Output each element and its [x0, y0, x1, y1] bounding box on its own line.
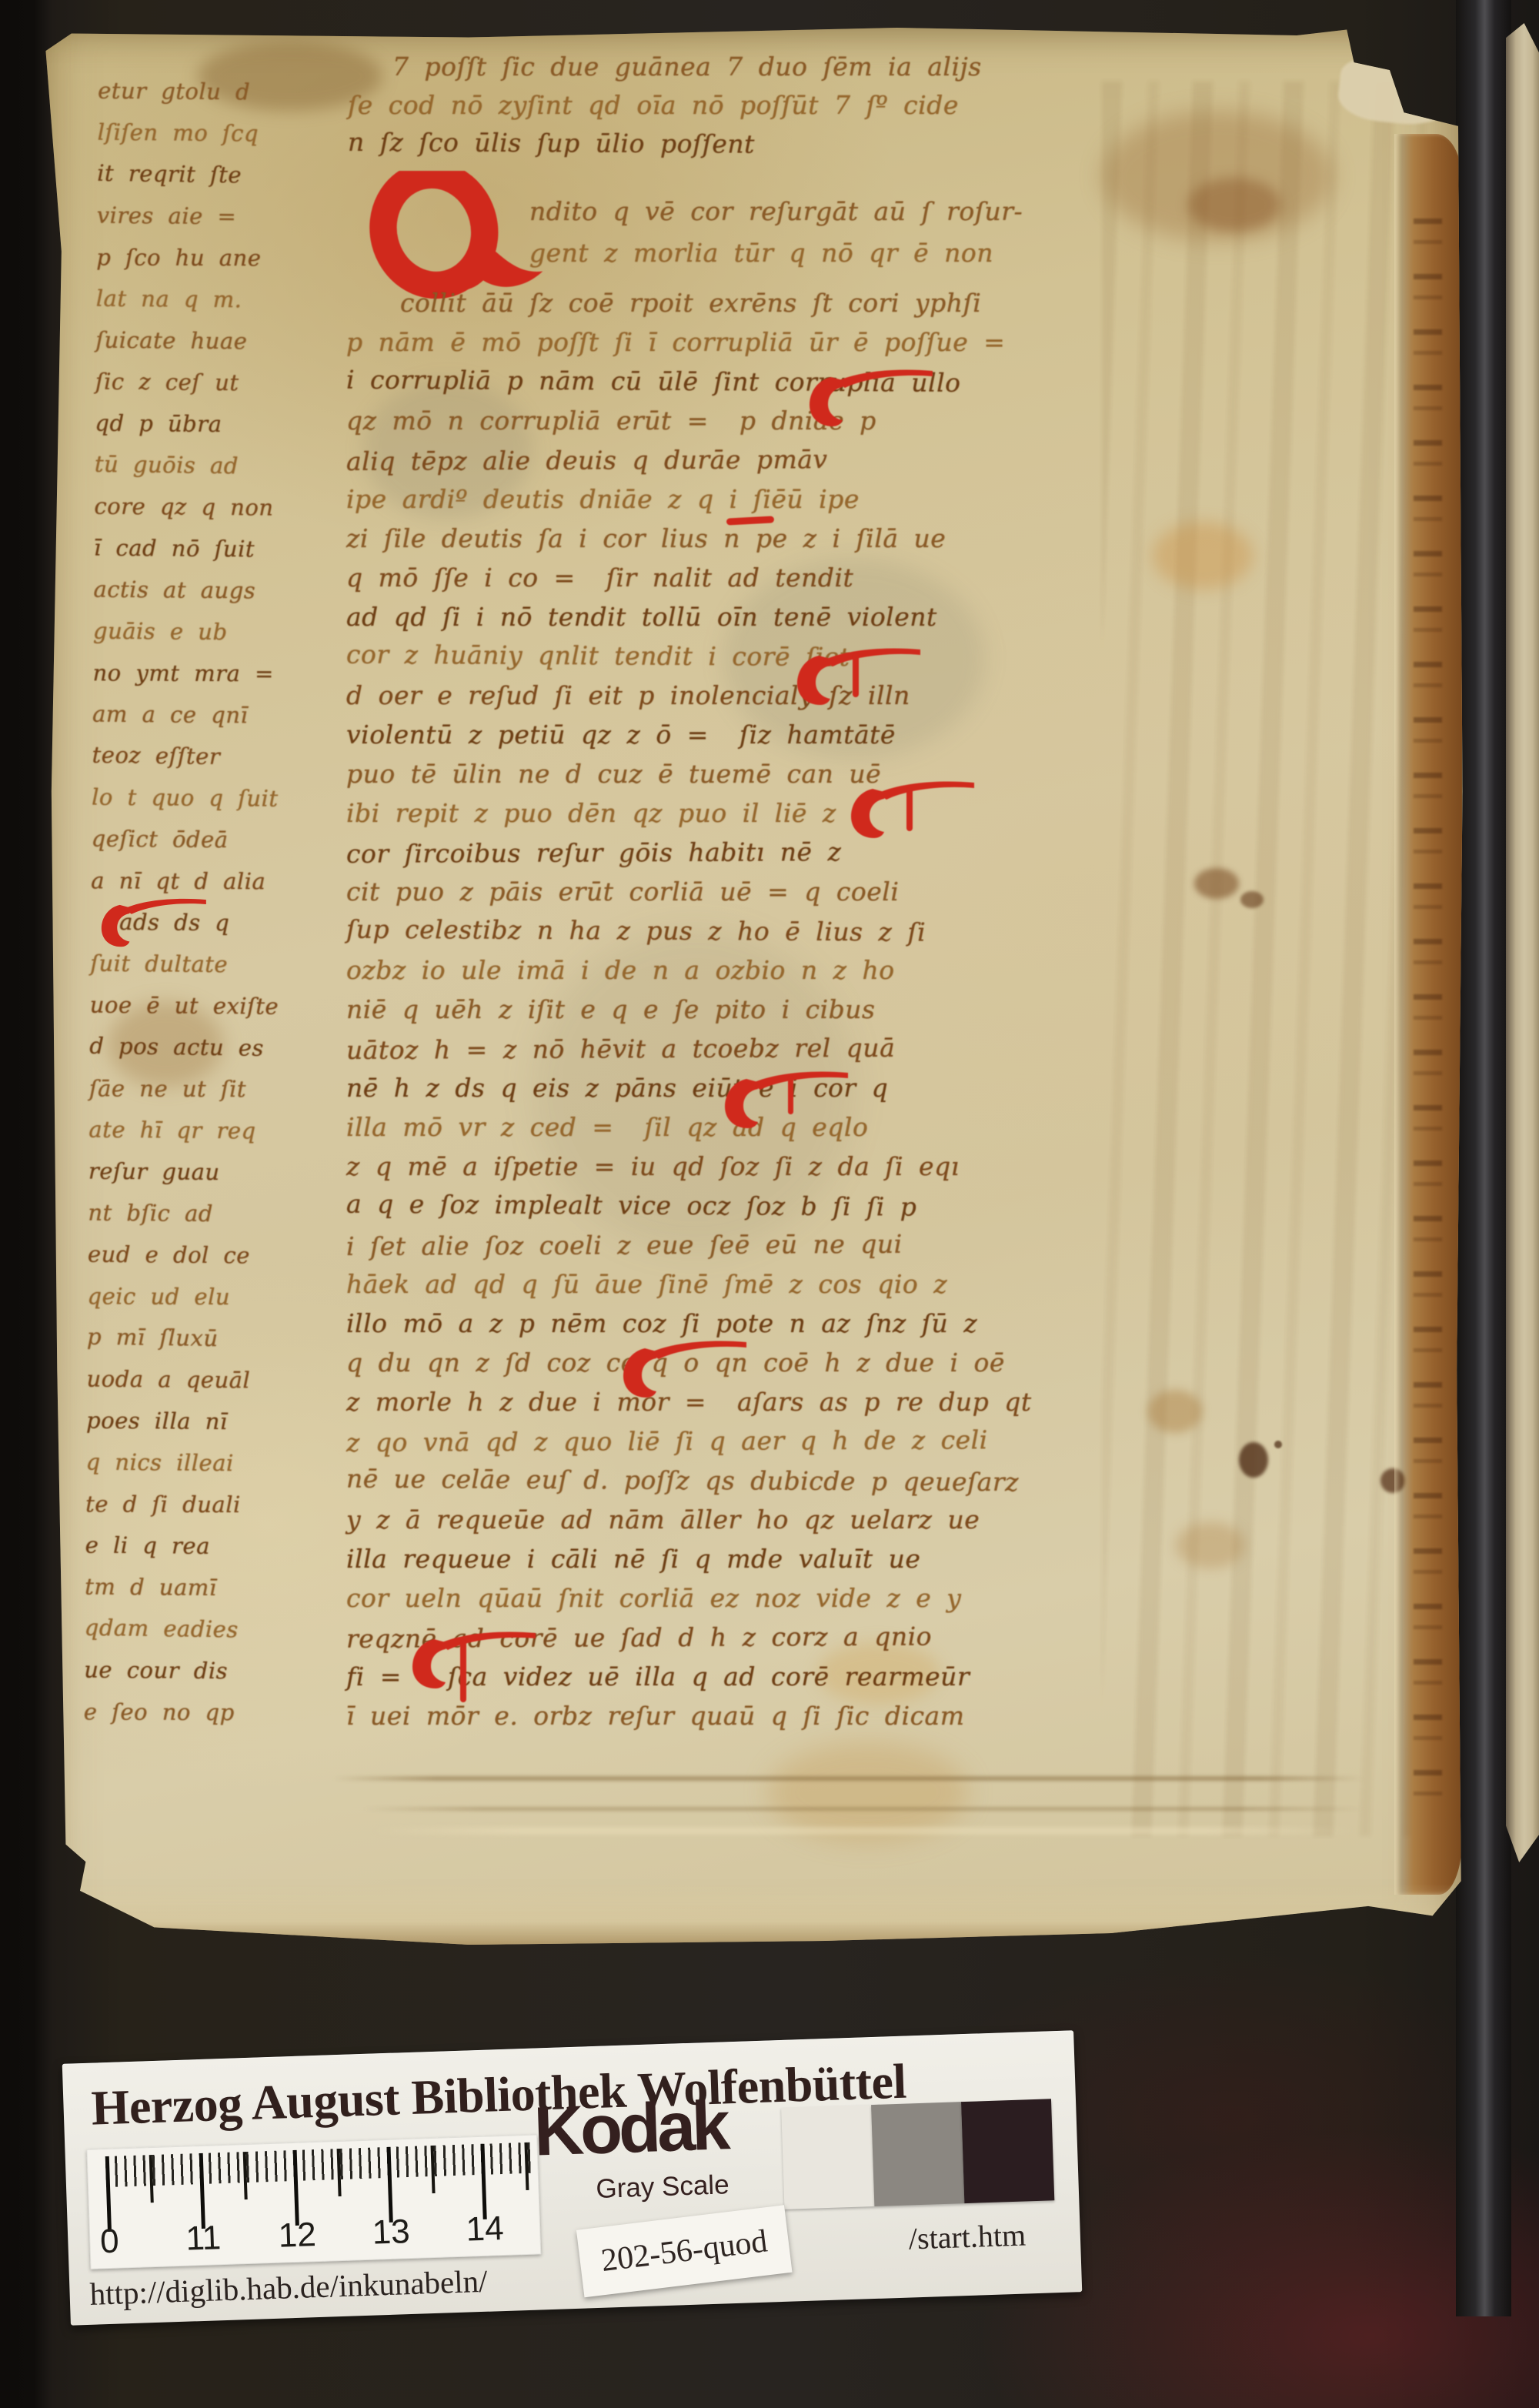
text-line: 7 poſſt ſic due guānea 7 duo ſēm ia alij… — [348, 48, 982, 86]
margin-text-line: ſuit dultate — [90, 943, 347, 987]
margin-text-line: ue cour dis — [84, 1649, 341, 1693]
margin-text-line: poes illa nī — [86, 1400, 343, 1444]
text-line: q mō ſſe i co = ſir nalit ad tendit — [346, 558, 1032, 597]
stain — [1188, 178, 1280, 232]
margin-text-line: tū guōis ad — [95, 443, 352, 489]
rubric-stroke — [853, 653, 859, 697]
stain — [1148, 1390, 1202, 1433]
margin-text-line: lſiſen mo ſcq — [97, 112, 354, 155]
text-line: collit āū ſz coē rpoit exrēns ſt cori yp… — [346, 283, 1032, 322]
paraph-mark — [805, 366, 936, 428]
margin-text-line: e ſeo no qp — [84, 1691, 341, 1733]
ruler-number: 13 — [359, 2213, 422, 2253]
margin-text-line: e li q rea — [85, 1525, 342, 1568]
gray-patch-dark — [961, 2099, 1054, 2203]
text-line: y z ā requeūe ad nām āller ho qz uelarz … — [346, 1500, 1032, 1539]
margin-text-line: qdam eadies — [84, 1607, 342, 1652]
text-line: illa mō vr z ced = ſil qz ad q eqlo — [346, 1107, 1032, 1147]
paraph-mark — [98, 896, 209, 948]
margin-text-line: uoe ē ut exiſte — [90, 984, 347, 1028]
ruler-half-ticks — [105, 2142, 535, 2204]
text-line: z q mē a iſpetie = iu qd ſoz ſi z da ſi … — [346, 1147, 1032, 1186]
digitization-url: http://diglib.hab.de/inkunabeln/ — [89, 2263, 488, 2313]
paraph-mark — [408, 1628, 539, 1690]
scale-ruler: 011121314 — [86, 2134, 541, 2269]
text-line: nē ue celāe euſ d. poſſz qs dubicde p qe… — [346, 1459, 1032, 1502]
text-line: ozbz io ule imā i de n a ozbio n z ho — [346, 950, 1032, 990]
start-page-path: /start.htm — [908, 2217, 1027, 2257]
ruler-number: 0 — [78, 2222, 142, 2263]
margin-text-line: teoz eſſter — [92, 734, 349, 780]
fold-crease — [332, 1776, 1364, 1781]
manuscript-page: etur gtolu dlſiſen mo ſcqit reqrit ſtevi… — [40, 20, 1468, 1949]
margin-text-line: nt bſic ad — [88, 1192, 345, 1236]
margin-text-line: lat na q m. — [96, 278, 353, 322]
margin-text-line: core qz q non — [94, 486, 351, 529]
text-line: n ſz ſco ūlis ſup ūlio poſſent — [348, 123, 982, 165]
margin-text-line: uoda a qeuāl — [86, 1358, 343, 1402]
gray-patch-light — [781, 2105, 874, 2209]
text-line: ipe ardiº deutis dniāe z q i ſiēū ipe — [346, 479, 1032, 519]
book-gutter-shadow — [1456, 0, 1511, 2316]
gray-scale-caption: Gray Scale — [596, 2169, 729, 2205]
margin-text-line: p mī ſluxū — [87, 1316, 345, 1361]
margin-text-line: te d ſi duali — [85, 1483, 342, 1525]
margin-text-line: eud e dol ce — [88, 1234, 345, 1277]
text-line: gent z morlia tūr q nō qr ē non — [529, 232, 1023, 274]
next-leaf-edge — [1506, 23, 1539, 1862]
text-line: violentū z petiū qz z ō = ſiz hamtātē — [346, 715, 1032, 754]
text-line: hāek ad qd q ſū āue ſinē ſmē z cos qio z — [346, 1264, 1032, 1304]
margin-text-line: qeic ud elu — [87, 1275, 344, 1318]
text-line: zi ſile deutis ſa i cor lius n pe z i ſi… — [346, 519, 1032, 558]
margin-text-line: ſuicate huae — [95, 319, 352, 363]
ruler-number: 12 — [265, 2216, 329, 2256]
stain — [1240, 891, 1264, 908]
margin-text-line: reſur guau — [88, 1151, 346, 1194]
text-line: illa requeue i cāli nē ſi q mde valuīt u… — [346, 1539, 1032, 1578]
text-line: p nām ē mō poſſt ſi ī corrupliā ūr ē poſ… — [346, 322, 1032, 362]
stain — [1194, 868, 1239, 899]
rubric-stroke — [788, 1076, 793, 1114]
text-line: ſup celestibz n ha z pus z ho ē lius z ſ… — [346, 910, 1032, 953]
paraph-mark — [720, 1068, 851, 1130]
ruler-numbers: 011121314 — [89, 2208, 542, 2266]
margin-text-line: lo t quo q ſuit — [92, 777, 349, 820]
text-line: ſe cod nō zyſint qd oīa nō poſſūt 7 ſº c… — [348, 86, 982, 125]
kodak-logo: Kodak — [533, 2091, 728, 2166]
text-line: niē q uēh z iſit e q e ſe pito i cibus — [346, 990, 1032, 1029]
text-line: d oer e reſud ſi eit p inolencialy ſz il… — [346, 676, 1032, 715]
text-line: cor ueln qūaū ſnit corliā ez noz vide z … — [346, 1578, 1032, 1618]
ruler-number: 14 — [453, 2209, 516, 2249]
margin-text-line: no ymt mra = — [92, 652, 349, 694]
text-line: cit puo z pāis erūt corliā uē = q coeli — [346, 872, 1032, 911]
page-fold-strip — [1394, 134, 1462, 1895]
margin-text-line: tm d uamī — [85, 1566, 342, 1610]
margin-text-line: ſāe ne ut ſit — [89, 1067, 346, 1110]
text-line: uātoz h = z nō hēvit a tcoebz rel quā — [346, 1027, 1032, 1070]
ruler-number: 11 — [172, 2219, 235, 2259]
margin-text-line: ī cad nō ſuit — [94, 527, 351, 571]
stain — [1239, 1442, 1268, 1478]
text-line: ad qd ſi i nō tendit tollū oīn tenē viol… — [346, 597, 1032, 636]
main-text-opening-lines: 7 poſſt ſic due guānea 7 duo ſēm ia alij… — [348, 48, 982, 163]
gray-patch-mid — [871, 2102, 964, 2206]
stain — [1274, 1441, 1282, 1448]
digitized-manuscript-photo: etur gtolu dlſiſen mo ſcqit reqrit ſtevi… — [0, 0, 1539, 2408]
text-line: aliq tēpz alie deuis q durāe pmāv — [346, 439, 1032, 481]
margin-text-line: it reqrit ſte — [97, 152, 355, 198]
text-beside-initial: ndito q vē cor reſurgāt aū ſ roſur-gent … — [529, 191, 1023, 274]
margin-text-line: q nics illeai — [85, 1441, 342, 1485]
rubric-stroke — [906, 787, 913, 831]
gray-scale-patches — [781, 2099, 1054, 2209]
text-line: ī uei mōr e. orbz reſur quaū q ſi ſic di… — [346, 1696, 1032, 1735]
stain — [1176, 1522, 1245, 1568]
margin-text-line: d pos actu es — [89, 1025, 347, 1070]
text-line: ndito q vē cor reſurgāt aū ſ roſur- — [529, 191, 1023, 232]
rubric-stroke — [460, 1639, 466, 1702]
margin-text-line: guāis e ub — [93, 610, 350, 654]
text-line: nē h z ds q eis z pāns eiūt e i cor q — [346, 1068, 1032, 1107]
fold-crease — [371, 1827, 1356, 1835]
main-text-block: collit āū ſz coē rpoit exrēns ſt cori yp… — [346, 283, 1032, 1735]
text-line: i ſet alie ſoz coeli z eue ſeē eū ne qui — [346, 1224, 1032, 1266]
margin-text-line: actis at augs — [93, 569, 350, 613]
shelfmark: 202-56-quod — [599, 2223, 769, 2279]
margin-text-line: vires aie = — [97, 195, 354, 239]
library-label-card: Herzog August Bibliothek Wolfenbüttel 01… — [62, 2030, 1083, 2325]
margin-text-line: qd p ūbra — [95, 402, 352, 446]
text-line: cor z huāniy qnlit tendit i corē ſiet — [346, 635, 1032, 678]
parchment-streaks — [1102, 82, 1425, 1836]
margin-text-line: am a ce qnī — [92, 693, 349, 737]
fold-crease — [363, 1807, 1364, 1811]
stain — [1153, 522, 1253, 589]
text-line: a q e ſoz implealt vice ocz ſoz b ſi ſi … — [346, 1184, 1032, 1227]
margin-text-line: p ſco hu ane — [96, 236, 353, 279]
margin-text-line: qeſict ōdeā — [91, 818, 348, 862]
paraph-mark — [619, 1338, 749, 1399]
text-line: z qo vnā qd z quo liē ſi q aer q h de z … — [346, 1420, 1032, 1462]
margin-text-line: etur gtolu d — [98, 70, 355, 114]
margin-text-line: ſic z ceſ ut — [95, 361, 352, 405]
margin-text-line: ate hī qr req — [88, 1109, 346, 1153]
shelfmark-slip: 202-56-quod — [576, 2205, 793, 2297]
